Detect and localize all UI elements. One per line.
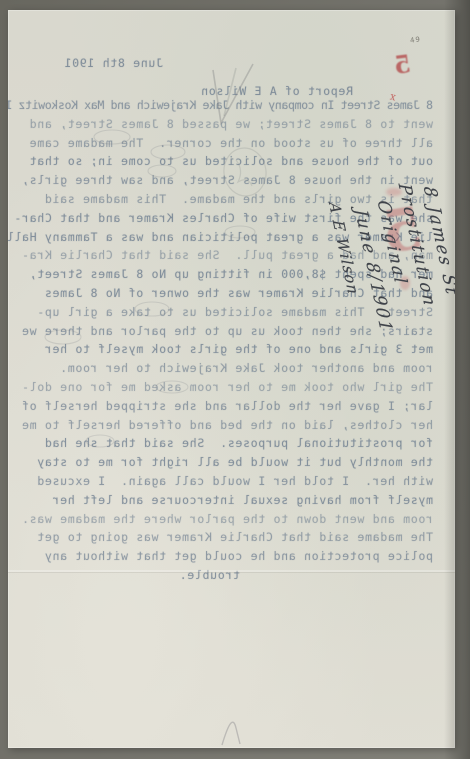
pencil-bottom-scribble: [222, 722, 240, 745]
pencil-marks-overlay: [8, 10, 455, 748]
pencil-circle-scribble: [221, 145, 269, 198]
paper-crease: [8, 571, 455, 573]
circled-word-marks: [45, 130, 255, 447]
scan-background: June 8th 1901 Report of A E Wilson 8 Jam…: [0, 0, 470, 759]
document-page: June 8th 1901 Report of A E Wilson 8 Jam…: [8, 10, 455, 748]
pencil-page-number: 49: [409, 35, 421, 44]
pencil-check-mark: [213, 64, 253, 123]
red-stamp-numeral: 5: [392, 49, 412, 80]
